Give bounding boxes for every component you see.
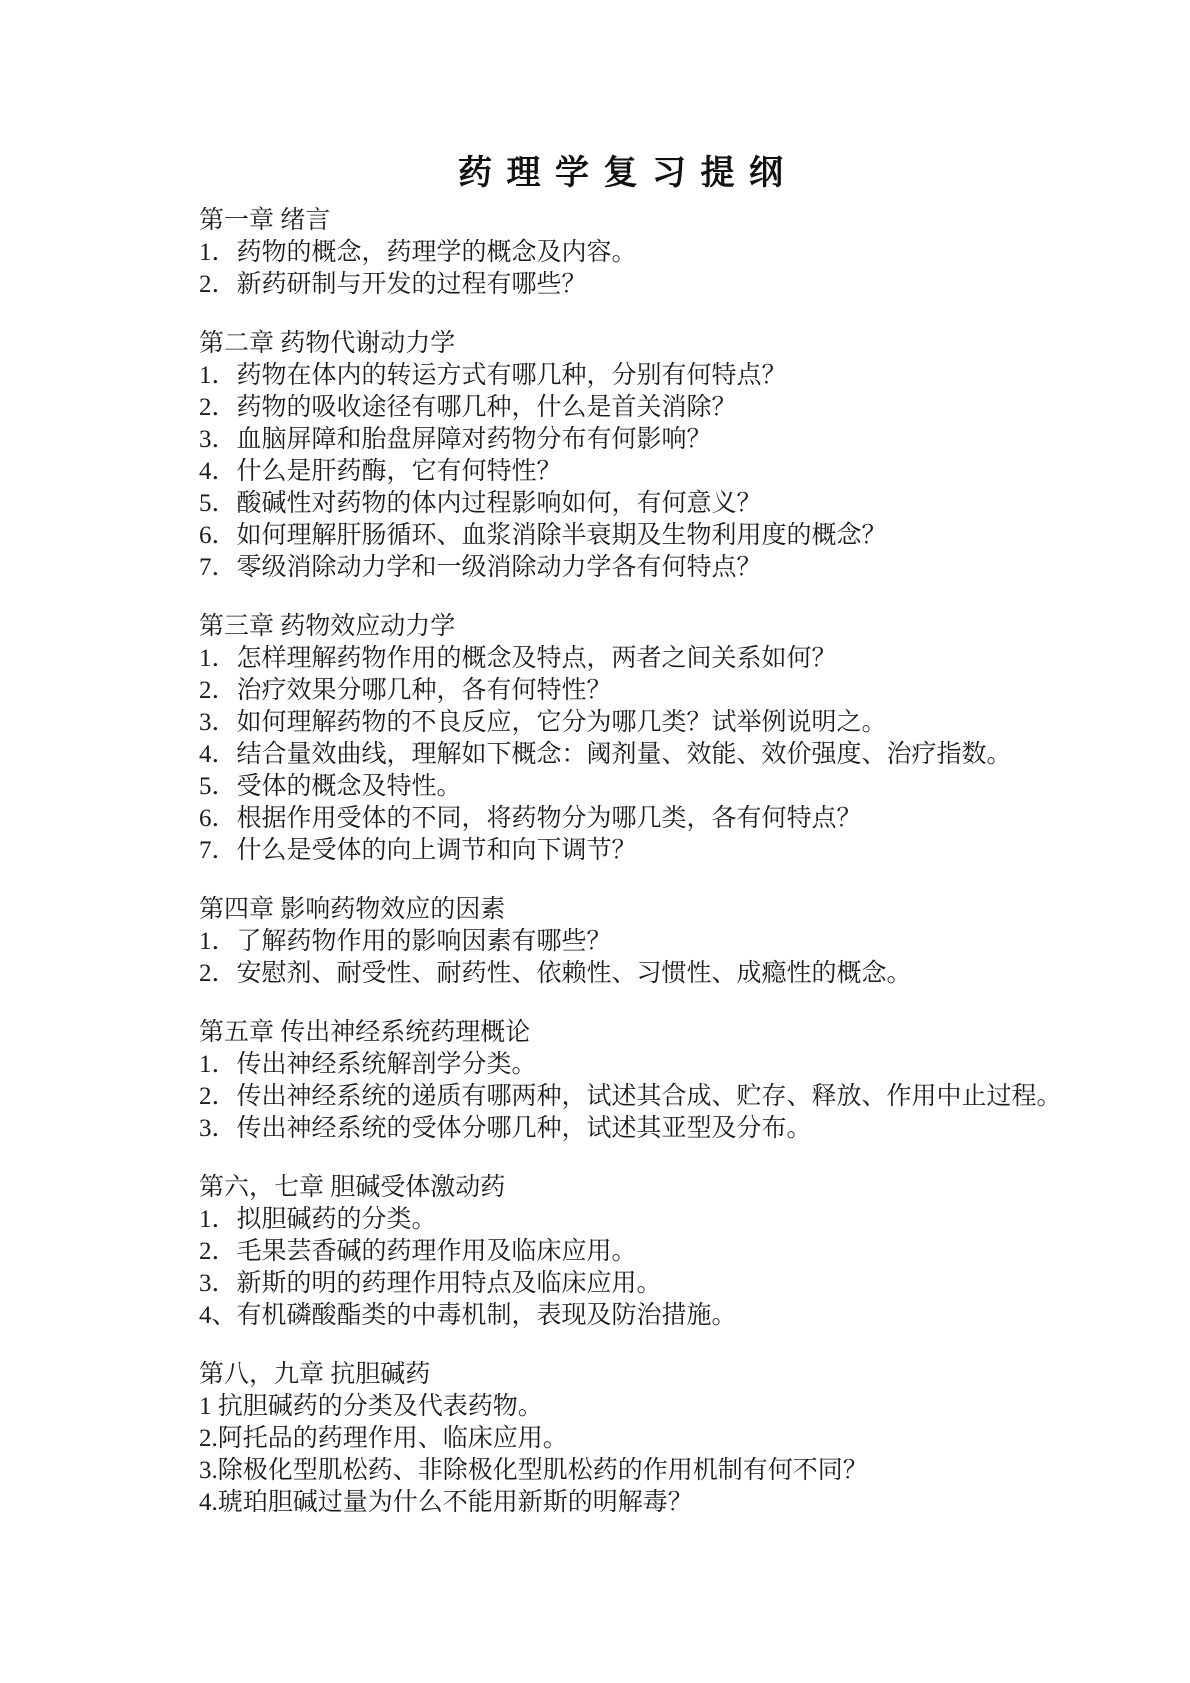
section-chapter-2: 第二章 药物代谢动力学 1．药物在体内的转运方式有哪几种，分别有何特点？ 2．药… xyxy=(199,328,1045,584)
outline-item: 1．了解药物作用的影响因素有哪些？ xyxy=(199,926,1045,958)
outline-item: 3．传出神经系统的受体分哪几种，试述其亚型及分布。 xyxy=(199,1113,1045,1145)
outline-item: 4．结合量效曲线，理解如下概念：阈剂量、效能、效价强度、治疗指数。 xyxy=(199,739,1045,771)
page-title: 药 理 学 复 习 提 纲 xyxy=(199,156,1045,192)
outline-item: 4．什么是肝药酶，它有何特性？ xyxy=(199,456,1045,488)
chapter-heading: 第一章 绪言 xyxy=(199,205,1045,237)
outline-item: 1．怎样理解药物作用的概念及特点，两者之间关系如何？ xyxy=(199,643,1045,675)
document-page: 药 理 学 复 习 提 纲 第一章 绪言 1．药物的概念，药理学的概念及内容。 … xyxy=(0,0,1190,1683)
section-chapter-8-9: 第八，九章 抗胆碱药 1 抗胆碱药的分类及代表药物。 2.阿托品的药理作用、临床… xyxy=(199,1359,1045,1519)
outline-item: 2．治疗效果分哪几种，各有何特性？ xyxy=(199,675,1045,707)
outline-item: 7．什么是受体的向上调节和向下调节？ xyxy=(199,835,1045,867)
chapter-heading: 第六，七章 胆碱受体激动药 xyxy=(199,1172,1045,1204)
outline-item: 2．传出神经系统的递质有哪两种，试述其合成、贮存、释放、作用中止过程。 xyxy=(199,1081,1045,1113)
outline-item: 3.除极化型肌松药、非除极化型肌松药的作用机制有何不同？ xyxy=(199,1455,1045,1487)
outline-item: 1 抗胆碱药的分类及代表药物。 xyxy=(199,1391,1045,1423)
chapter-heading: 第八，九章 抗胆碱药 xyxy=(199,1359,1045,1391)
outline-item: 1．药物的概念，药理学的概念及内容。 xyxy=(199,237,1045,269)
outline-item: 3．如何理解药物的不良反应，它分为哪几类？试举例说明之。 xyxy=(199,707,1045,739)
chapter-heading: 第二章 药物代谢动力学 xyxy=(199,328,1045,360)
section-chapter-6-7: 第六，七章 胆碱受体激动药 1．拟胆碱药的分类。 2．毛果芸香碱的药理作用及临床… xyxy=(199,1172,1045,1332)
outline-item: 1．传出神经系统解剖学分类。 xyxy=(199,1049,1045,1081)
outline-item: 6．根据作用受体的不同，将药物分为哪几类，各有何特点？ xyxy=(199,803,1045,835)
outline-item: 4.琥珀胆碱过量为什么不能用新斯的明解毒？ xyxy=(199,1487,1045,1519)
chapter-heading: 第三章 药物效应动力学 xyxy=(199,611,1045,643)
outline-item: 3．血脑屏障和胎盘屏障对药物分布有何影响？ xyxy=(199,424,1045,456)
chapter-heading: 第四章 影响药物效应的因素 xyxy=(199,894,1045,926)
outline-item: 2．毛果芸香碱的药理作用及临床应用。 xyxy=(199,1236,1045,1268)
outline-item: 2．新药研制与开发的过程有哪些？ xyxy=(199,269,1045,301)
outline-item: 5．酸碱性对药物的体内过程影响如何，有何意义？ xyxy=(199,488,1045,520)
section-chapter-4: 第四章 影响药物效应的因素 1．了解药物作用的影响因素有哪些？ 2．安慰剂、耐受… xyxy=(199,894,1045,990)
outline-item: 2.阿托品的药理作用、临床应用。 xyxy=(199,1423,1045,1455)
outline-item: 1．拟胆碱药的分类。 xyxy=(199,1204,1045,1236)
section-chapter-5: 第五章 传出神经系统药理概论 1．传出神经系统解剖学分类。 2．传出神经系统的递… xyxy=(199,1017,1045,1145)
section-chapter-3: 第三章 药物效应动力学 1．怎样理解药物作用的概念及特点，两者之间关系如何？ 2… xyxy=(199,611,1045,867)
outline-item: 3．新斯的明的药理作用特点及临床应用。 xyxy=(199,1268,1045,1300)
outline-item: 6．如何理解肝肠循环、血浆消除半衰期及生物利用度的概念？ xyxy=(199,520,1045,552)
outline-item: 1．药物在体内的转运方式有哪几种，分别有何特点？ xyxy=(199,360,1045,392)
chapter-heading: 第五章 传出神经系统药理概论 xyxy=(199,1017,1045,1049)
section-chapter-1: 第一章 绪言 1．药物的概念，药理学的概念及内容。 2．新药研制与开发的过程有哪… xyxy=(199,205,1045,301)
outline-item: 2．安慰剂、耐受性、耐药性、依赖性、习惯性、成瘾性的概念。 xyxy=(199,958,1045,990)
outline-item: 7．零级消除动力学和一级消除动力学各有何特点？ xyxy=(199,552,1045,584)
document-content: 药 理 学 复 习 提 纲 第一章 绪言 1．药物的概念，药理学的概念及内容。 … xyxy=(199,0,1045,1519)
outline-item: 5．受体的概念及特性。 xyxy=(199,771,1045,803)
outline-item: 2．药物的吸收途径有哪几种，什么是首关消除？ xyxy=(199,392,1045,424)
outline-item: 4、有机磷酸酯类的中毒机制，表现及防治措施。 xyxy=(199,1300,1045,1332)
